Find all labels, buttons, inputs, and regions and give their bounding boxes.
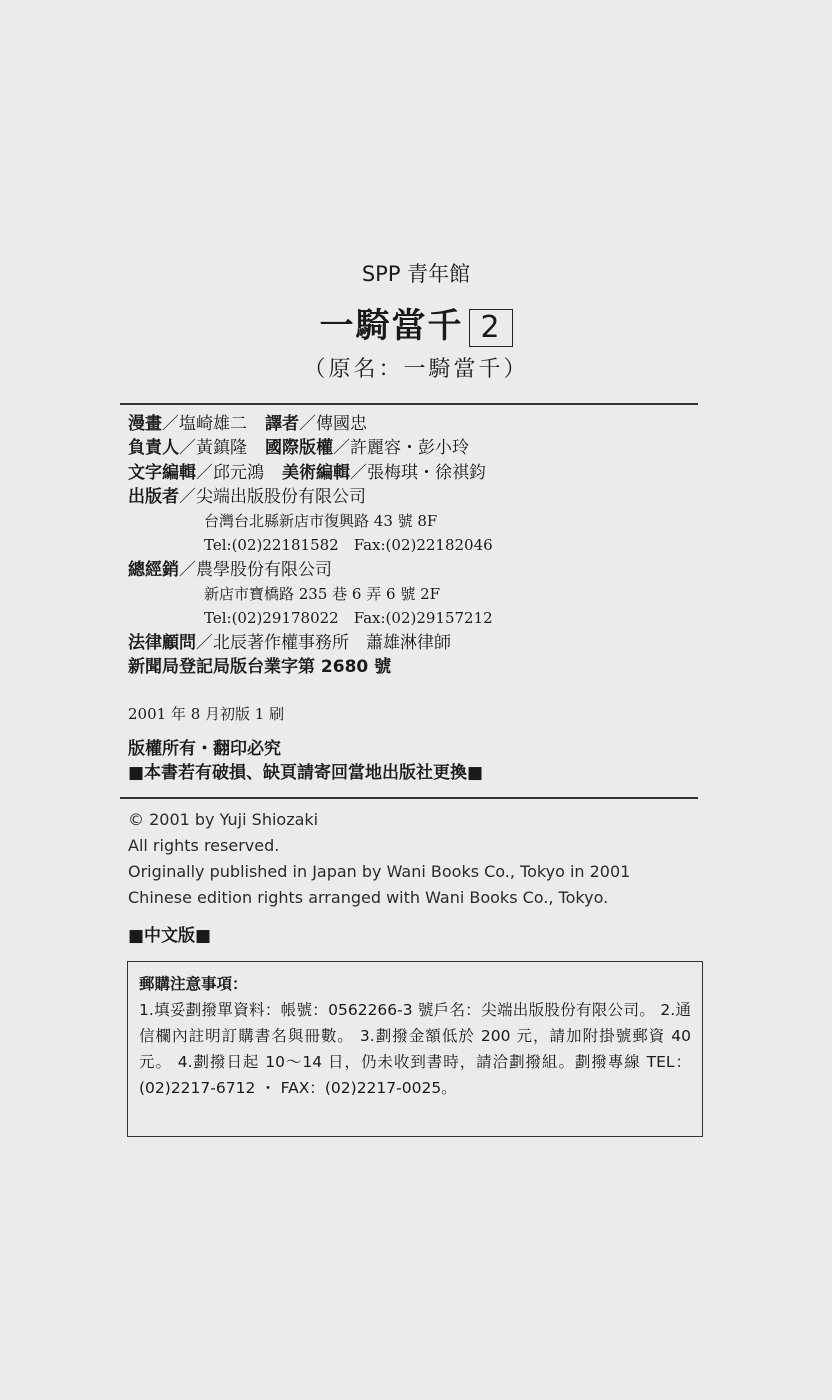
credit-label: 譯者 [265, 414, 299, 434]
credit-row: 漫畫／塩崎雄二譯者／傳國忠 [128, 412, 493, 436]
credit-row: 出版者／尖端出版股份有限公司 [128, 485, 493, 509]
copyright-line: © 2001 by Yuji Shiozaki [128, 807, 630, 833]
credit-label: 總經銷 [128, 560, 179, 580]
credit-row: 負責人／黃鎮隆國際版權／許麗容・彭小玲 [128, 436, 493, 460]
distributor-address: 新店市寶橋路 235 巷 6 弄 6 號 2F [128, 582, 493, 606]
registration-number: 新聞局登記局版台業字第 2680 號 [128, 655, 493, 679]
credit-value: 尖端出版股份有限公司 [196, 487, 366, 507]
mail-order-box: 郵購注意事項： 1.填妥劃撥單資料：帳號：0562266-3 號戶名：尖端出版股… [127, 961, 703, 1137]
credit-label: 國際版權 [265, 438, 333, 458]
credit-label: 負責人 [128, 438, 179, 458]
credit-row: 法律顧問／北辰著作權事務所 蕭雄淋律師 [128, 631, 493, 655]
chinese-edition-label: ■中文版■ [128, 921, 211, 946]
credit-label: 法律顧問 [128, 633, 196, 653]
mail-order-body: 1.填妥劃撥單資料：帳號：0562266-3 號戶名：尖端出版股份有限公司。 2… [139, 997, 691, 1101]
rights-notice: 版權所有・翻印必究 ■本書若有破損、缺頁請寄回當地出版社更換■ [128, 737, 483, 785]
copyright-line: Chinese edition rights arranged with Wan… [128, 885, 630, 911]
series-name: SPP 青年館 [0, 258, 832, 288]
credit-value: 塩崎雄二 [179, 414, 247, 434]
publisher-contact: Tel:(02)22181582 Fax:(02)22182046 [128, 533, 493, 557]
book-title: 一騎當千2 [0, 298, 832, 347]
credit-label: 出版者 [128, 487, 179, 507]
copyright-line: All rights reserved. [128, 833, 630, 859]
original-title: （原名：一騎當千） [0, 352, 832, 383]
credit-value: 傳國忠 [316, 414, 367, 434]
credit-value: 黃鎮隆 [196, 438, 247, 458]
replacement-notice: ■本書若有破損、缺頁請寄回當地出版社更換■ [128, 761, 483, 785]
printing-info: 2001 年 8 月初版 1 刷 [128, 703, 284, 724]
credits-block: 漫畫／塩崎雄二譯者／傳國忠 負責人／黃鎮隆國際版權／許麗容・彭小玲 文字編輯／邱… [128, 412, 493, 679]
volume-number: 2 [469, 309, 512, 347]
credit-value: 張梅琪・徐祺鈞 [367, 463, 486, 483]
credit-value: 許麗容・彭小玲 [350, 438, 469, 458]
credit-value: 農學股份有限公司 [196, 560, 332, 580]
credit-label: 美術編輯 [282, 463, 350, 483]
rights-line: 版權所有・翻印必究 [128, 737, 483, 761]
publisher-address: 台灣台北縣新店市復興路 43 號 8F [128, 509, 493, 533]
copyright-line: Originally published in Japan by Wani Bo… [128, 859, 630, 885]
credit-row: 總經銷／農學股份有限公司 [128, 558, 493, 582]
divider-top [120, 403, 698, 405]
credit-label: 漫畫 [128, 414, 162, 434]
credit-value: 北辰著作權事務所 蕭雄淋律師 [213, 633, 451, 653]
divider-middle [120, 797, 698, 799]
title-text: 一騎當千 [319, 306, 463, 346]
credit-value: 邱元鴻 [213, 463, 264, 483]
mail-order-title: 郵購注意事項： [139, 971, 691, 997]
distributor-contact: Tel:(02)29178022 Fax:(02)29157212 [128, 606, 493, 630]
copyright-block: © 2001 by Yuji Shiozaki All rights reser… [128, 807, 630, 911]
credit-label: 文字編輯 [128, 463, 196, 483]
credit-row: 文字編輯／邱元鴻美術編輯／張梅琪・徐祺鈞 [128, 461, 493, 485]
